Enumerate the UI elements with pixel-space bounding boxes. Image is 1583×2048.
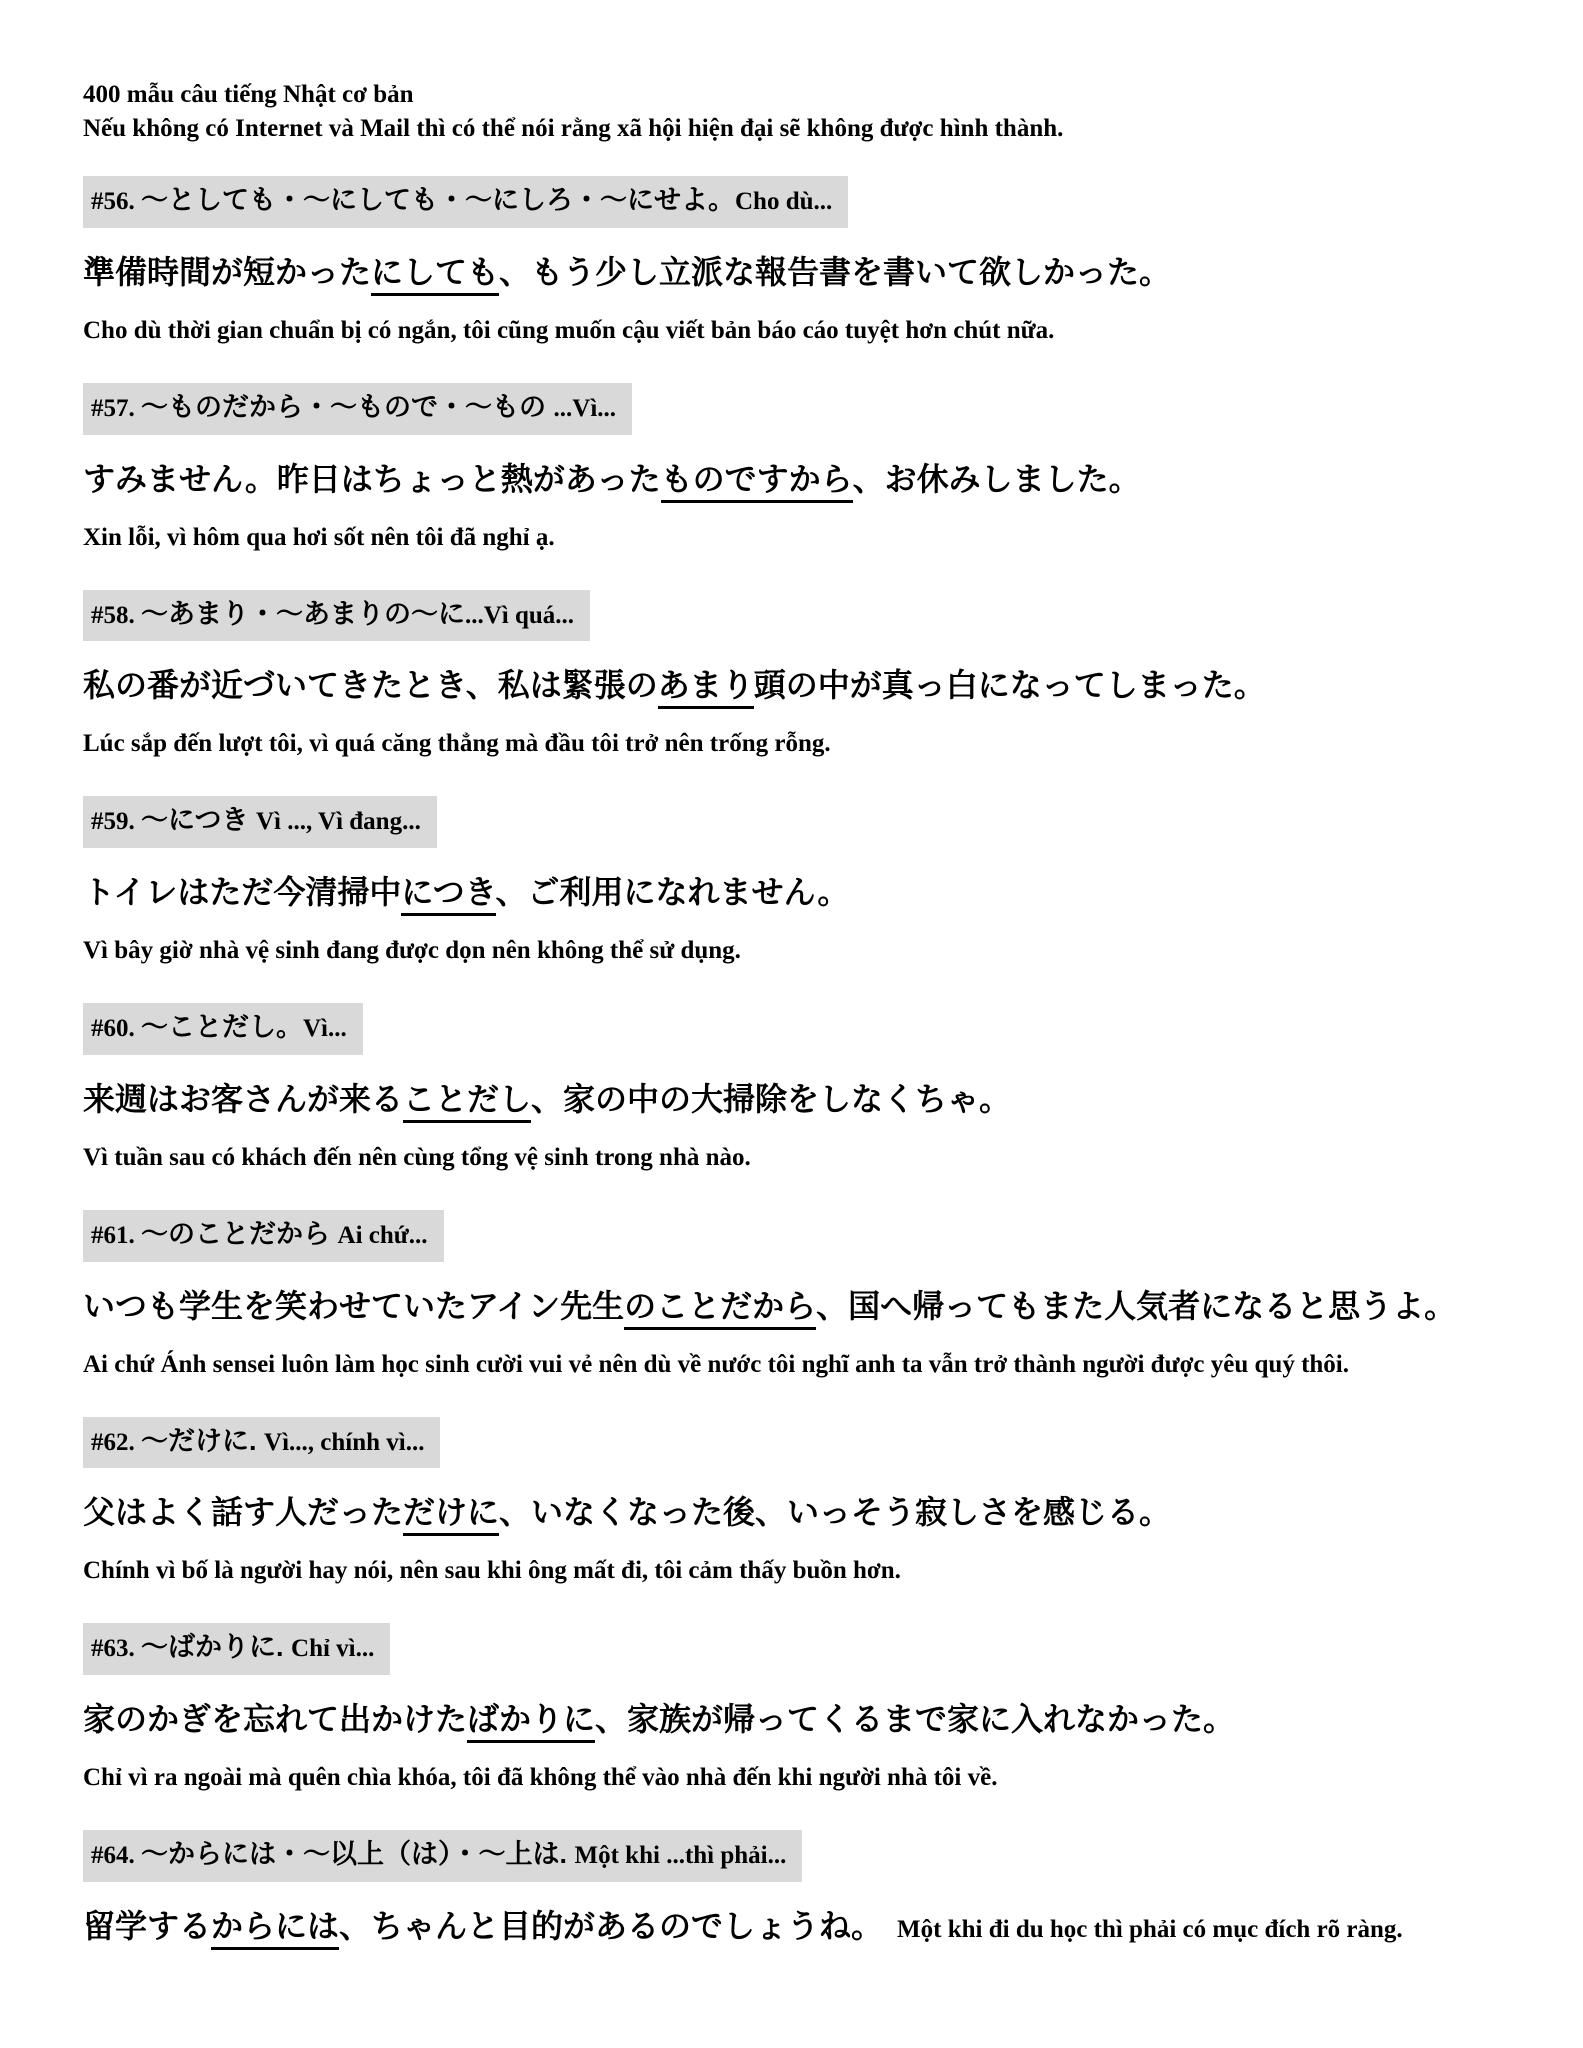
translation-vn: Vì bây giờ nhà vệ sinh đang được dọn nên… (83, 928, 1423, 973)
jp-text-before: 家のかぎを忘れて出かけた (83, 1701, 467, 1737)
pattern-heading: #58. ～あまり・～あまりの～に...Vì quá... (83, 590, 590, 642)
translation-vn: Xin lỗi, vì hôm qua hơi sốt nên tôi đã n… (83, 515, 1423, 560)
pattern-meaning-vn: ...Vì quá... (465, 602, 574, 629)
jp-text-before: 準備時間が短かった (83, 254, 371, 290)
jp-text-after: 、ちゃんと目的があるのでしょうね。 (339, 1908, 883, 1944)
pattern-section-60: #60. ～ことだし。Vì... 来週はお客さんが来ることだし、家の中の大掃除を… (83, 973, 1505, 1180)
example-sentence-jp: すみません。昨日はちょっと熱があったものですから、お休みしました。 (83, 459, 1505, 499)
pattern-number: #56. (91, 188, 141, 215)
jp-grammar-underlined: ばかりに (467, 1701, 595, 1743)
document-page: 400 mẫu câu tiếng Nhật cơ bản Nếu không … (0, 0, 1583, 2048)
pattern-meaning-vn: Vì..., chính vì... (264, 1429, 424, 1456)
example-sentence-jp: 家のかぎを忘れて出かけたばかりに、家族が帰ってくるまで家に入れなかった。 (83, 1699, 1505, 1739)
pattern-number: #57. (91, 395, 141, 422)
pattern-section-61: #61. ～のことだから Ai chứ... いつも学生を笑わせていたアイン先生… (83, 1180, 1505, 1387)
jp-text-before: 私の番が近づいてきたとき、私は緊張の (83, 667, 658, 703)
pattern-meaning-vn: Vì... (303, 1015, 347, 1042)
pattern-section-57: #57. ～ものだから・～もので・～もの ...Vì... すみません。昨日はち… (83, 353, 1505, 560)
pattern-section-63: #63. ～ばかりに. Chỉ vì... 家のかぎを忘れて出かけたばかりに、家… (83, 1593, 1505, 1800)
pattern-heading: #59. ～につき Vì ..., Vì đang... (83, 796, 437, 848)
pattern-heading: #60. ～ことだし。Vì... (83, 1003, 363, 1055)
pattern-number: #58. (91, 602, 141, 629)
translation-vn: Chính vì bố là người hay nói, nên sau kh… (83, 1548, 1423, 1593)
pattern-number: #63. (91, 1635, 141, 1662)
example-sentence-jp: 準備時間が短かったにしても、もう少し立派な報告書を書いて欲しかった。 (83, 252, 1505, 292)
pattern-meaning-vn: Cho dù... (735, 188, 832, 215)
pattern-grammar-jp: ～のことだから (141, 1219, 338, 1249)
jp-grammar-underlined: ものですから (661, 461, 853, 503)
pattern-section-62: #62. ～だけに. Vì..., chính vì... 父はよく話す人だった… (83, 1387, 1505, 1594)
jp-text-before: 留学する (83, 1908, 211, 1944)
jp-grammar-underlined: あまり (658, 667, 754, 709)
pattern-heading: #63. ～ばかりに. Chỉ vì... (83, 1623, 390, 1675)
jp-text-after: 、家族が帰ってくるまで家に入れなかった。 (595, 1701, 1235, 1737)
doc-title: 400 mẫu câu tiếng Nhật cơ bản (83, 78, 1505, 112)
pattern-number: #64. (91, 1842, 141, 1869)
pattern-heading: #56. ～としても・～にしても・～にしろ・～にせよ。Cho dù... (83, 176, 848, 228)
example-sentence-jp: トイレはただ今清掃中につき、ご利用になれません。 (83, 872, 1505, 912)
pattern-meaning-vn: Chỉ vì... (291, 1635, 374, 1662)
pattern-meaning-vn: Một khi ...thì phải... (575, 1842, 787, 1869)
translation-vn: Vì tuần sau có khách đến nên cùng tổng v… (83, 1135, 1423, 1180)
pattern-section-56: #56. ～としても・～にしても・～にしろ・～にせよ。Cho dù... 準備時… (83, 146, 1505, 353)
translation-vn-inline: Một khi đi du học thì phải có mục đích r… (897, 1916, 1403, 1943)
translation-vn: Cho dù thời gian chuẩn bị có ngắn, tôi c… (83, 308, 1423, 353)
pattern-section-59: #59. ～につき Vì ..., Vì đang... トイレはただ今清掃中に… (83, 766, 1505, 973)
pattern-grammar-jp: ～あまり・～あまりの～に (141, 599, 465, 629)
pattern-heading: #61. ～のことだから Ai chứ... (83, 1210, 444, 1262)
jp-grammar-underlined: だけに (403, 1494, 499, 1536)
jp-text-after: 、国へ帰ってもまた人気者になると思うよ。 (816, 1288, 1456, 1324)
example-sentence-jp: 私の番が近づいてきたとき、私は緊張のあまり頭の中が真っ白になってしまった。 (83, 665, 1505, 705)
pattern-number: #61. (91, 1222, 141, 1249)
jp-text-before: いつも学生を笑わせていたアイン先生 (83, 1288, 624, 1324)
jp-text-after: 、お休みしました。 (853, 461, 1141, 497)
translation-vn: Chỉ vì ra ngoài mà quên chìa khóa, tôi đ… (83, 1755, 1423, 1800)
pattern-grammar-jp: ～ものだから・～もので・～もの (141, 392, 554, 422)
pattern-meaning-vn: Vì ..., Vì đang... (256, 808, 421, 835)
jp-text-after: 、もう少し立派な報告書を書いて欲しかった。 (499, 254, 1171, 290)
jp-grammar-underlined: につき (401, 874, 495, 916)
example-sentence-jp: 留学するからには、ちゃんと目的があるのでしょうね。Một khi đi du h… (83, 1906, 1505, 1946)
doc-intro-sentence: Nếu không có Internet và Mail thì có thể… (83, 112, 1505, 146)
jp-grammar-underlined: ことだし (403, 1081, 531, 1123)
pattern-section-58: #58. ～あまり・～あまりの～に...Vì quá... 私の番が近づいてきた… (83, 560, 1505, 767)
pattern-meaning-vn: ...Vì... (554, 395, 617, 422)
pattern-grammar-jp: ～だけに. (141, 1426, 264, 1456)
pattern-grammar-jp: ～からには・～以上（は）・～上は. (141, 1839, 575, 1869)
example-sentence-jp: いつも学生を笑わせていたアイン先生のことだから、国へ帰ってもまた人気者になると思… (83, 1286, 1505, 1326)
jp-text-after: 、いなくなった後、いっそう寂しさを感じる。 (499, 1494, 1171, 1530)
translation-vn: Ai chứ Ánh sensei luôn làm học sinh cười… (83, 1342, 1423, 1387)
pattern-heading: #64. ～からには・～以上（は）・～上は. Một khi ...thì ph… (83, 1830, 802, 1882)
jp-text-after: 、家の中の大掃除をしなくちゃ。 (531, 1081, 1011, 1117)
pattern-grammar-jp: ～ばかりに. (141, 1632, 291, 1662)
translation-vn: Lúc sắp đến lượt tôi, vì quá căng thẳng … (83, 721, 1423, 766)
jp-grammar-underlined: にしても (371, 254, 499, 296)
pattern-grammar-jp: ～としても・～にしても・～にしろ・～にせよ。 (141, 185, 735, 215)
jp-grammar-underlined: からには (211, 1908, 339, 1950)
pattern-heading: #62. ～だけに. Vì..., chính vì... (83, 1417, 440, 1469)
jp-text-before: 父はよく話す人だった (83, 1494, 403, 1530)
pattern-number: #62. (91, 1429, 141, 1456)
jp-text-before: 来週はお客さんが来る (83, 1081, 403, 1117)
pattern-section-64: #64. ～からには・～以上（は）・～上は. Một khi ...thì ph… (83, 1800, 1505, 1946)
example-sentence-jp: 父はよく話す人だっただけに、いなくなった後、いっそう寂しさを感じる。 (83, 1492, 1505, 1532)
pattern-number: #59. (91, 808, 141, 835)
jp-text-after: 、ご利用になれません。 (496, 874, 850, 910)
pattern-grammar-jp: ～ことだし。 (141, 1012, 303, 1042)
pattern-meaning-vn: Ai chứ... (338, 1222, 428, 1249)
jp-text-after: 頭の中が真っ白になってしまった。 (754, 667, 1266, 703)
jp-grammar-underlined: のことだから (624, 1288, 816, 1330)
jp-text-before: すみません。昨日はちょっと熱があった (83, 461, 661, 497)
pattern-number: #60. (91, 1015, 141, 1042)
example-sentence-jp: 来週はお客さんが来ることだし、家の中の大掃除をしなくちゃ。 (83, 1079, 1505, 1119)
pattern-heading: #57. ～ものだから・～もので・～もの ...Vì... (83, 383, 632, 435)
pattern-grammar-jp: ～につき (141, 805, 256, 835)
jp-text-before: トイレはただ今清掃中 (83, 874, 401, 910)
